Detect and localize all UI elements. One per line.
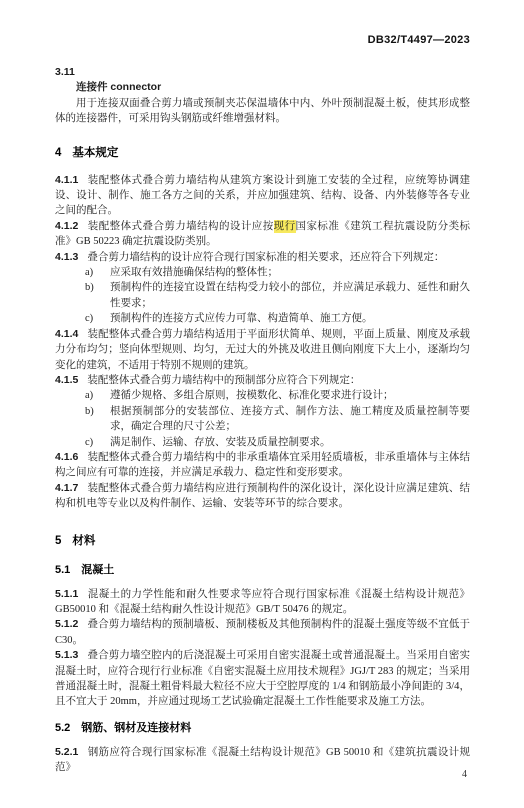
clause-text: 装配整体式叠合剪力墙结构适用于平面形状简单、规则，平面上质量、刚度及承载力分布均… — [55, 329, 470, 371]
term-definition-block: 3.11 连接件 connector 用于连接双面叠合剪力墙或预制夹芯保温墙体中… — [55, 65, 470, 127]
section-5-1-title: 混凝土 — [81, 564, 114, 576]
clause-text: 叠合剪力墙结构的设计应符合现行国家标准的相关要求，还应符合下列规定： — [87, 252, 444, 263]
section-5-2-title: 钢筋、钢材及连接材料 — [81, 722, 191, 734]
item-label: a) — [85, 265, 93, 280]
chapter-4-title: 基本规定 — [72, 147, 118, 159]
clause-number: 5.2.1 — [55, 746, 78, 758]
item-label: c) — [85, 435, 93, 450]
clause-5-1-2: 5.1.2叠合剪力墙结构的预制墙板、预制楼板及其他预制构件的混凝土强度等级不宜低… — [55, 617, 470, 648]
clause-number: 5.1.2 — [55, 618, 78, 630]
item-text: 根据预制部分的安装部位、连接方式、制作方法、施工精度及质量控制等要求，确定合理的… — [110, 406, 470, 432]
item-text: 预制构件的连接方式应传力可靠、构造简单、施工方便。 — [110, 313, 373, 324]
clause-text: 钢筋应符合现行国家标准《混凝土结构设计规范》GB 50010 和《建筑抗震设计规… — [55, 747, 470, 773]
chapter-5-title: 材料 — [72, 535, 95, 547]
term-definition: 用于连接双面叠合剪力墙或预制夹芯保温墙体中内、外叶预制混凝土板，使其形成整体的连… — [55, 96, 470, 127]
clause-4-1-5: 4.1.5装配整体式叠合剪力墙结构中的预制部分应符合下列规定： — [55, 373, 470, 388]
highlight-text: 现行 — [274, 220, 296, 233]
section-5-2-number: 5.2 — [55, 722, 70, 734]
document-page: DB32/T4497—2023 3.11 连接件 connector 用于连接双… — [0, 0, 524, 808]
clause-number: 4.1.3 — [55, 251, 78, 263]
clause-4-1-1: 4.1.1装配整体式叠合剪力墙结构从建筑方案设计到施工安装的全过程，应统筹协调建… — [55, 173, 470, 219]
term-name: 连接件 connector — [55, 80, 470, 95]
chapter-4-number: 4 — [55, 147, 61, 159]
clause-number: 4.1.7 — [55, 482, 78, 494]
clause-text: 装配整体式叠合剪力墙结构中的非承重墙体宜采用轻质墙板，非承重墙体与主体结构之间应… — [55, 452, 470, 478]
clause-5-1-1: 5.1.1混凝土的力学性能和耐久性要求等应符合现行国家标准《混凝土结构设计规范》… — [55, 587, 470, 618]
clause-text: 叠合剪力墙结构的预制墙板、预制楼板及其他预制构件的混凝土强度等级不宜低于C30。 — [55, 619, 470, 645]
clause-number: 4.1.4 — [55, 328, 78, 340]
page-number: 4 — [462, 769, 467, 780]
clause-4-1-3-item-a: a)应采取有效措施确保结构的整体性； — [55, 265, 470, 280]
clause-number: 5.1.1 — [55, 588, 78, 600]
item-label: b) — [85, 280, 94, 295]
item-text: 应采取有效措施确保结构的整体性； — [110, 267, 278, 278]
chapter-5-number: 5 — [55, 535, 61, 547]
term-number: 3.11 — [55, 65, 470, 80]
clause-4-1-4: 4.1.4装配整体式叠合剪力墙结构适用于平面形状简单、规则，平面上质量、刚度及承… — [55, 327, 470, 373]
item-text: 满足制作、运输、存放、安装及质量控制要求。 — [110, 437, 331, 448]
clause-text: 装配整体式叠合剪力墙结构的设计应按 — [87, 221, 273, 232]
item-label: a) — [85, 388, 93, 403]
clause-5-2-1: 5.2.1钢筋应符合现行国家标准《混凝土结构设计规范》GB 50010 和《建筑… — [55, 745, 470, 776]
item-label: c) — [85, 311, 93, 326]
item-label: b) — [85, 404, 94, 419]
clause-text: 装配整体式叠合剪力墙结构从建筑方案设计到施工安装的全过程，应统筹协调建设、设计、… — [55, 175, 470, 217]
clause-text: 混凝土的力学性能和耐久性要求等应符合现行国家标准《混凝土结构设计规范》GB500… — [55, 589, 470, 615]
clause-4-1-6: 4.1.6装配整体式叠合剪力墙结构中的非承重墙体宜采用轻质墙板，非承重墙体与主体… — [55, 450, 470, 481]
clause-4-1-3-item-c: c)预制构件的连接方式应传力可靠、构造简单、施工方便。 — [55, 311, 470, 326]
clause-text: 叠合剪力墙空腔内的后浇混凝土可采用自密实混凝土或普通混凝土。当采用自密实混凝土时… — [55, 650, 470, 707]
section-5-1-heading: 5.1混凝土 — [55, 562, 470, 578]
clause-4-1-5-item-c: c)满足制作、运输、存放、安装及质量控制要求。 — [55, 435, 470, 450]
section-5-1-number: 5.1 — [55, 564, 70, 576]
section-5-2-heading: 5.2钢筋、钢材及连接材料 — [55, 720, 470, 736]
item-text: 遵循少规格、多组合原则，按模数化、标准化要求进行设计； — [110, 390, 394, 401]
clause-number: 4.1.6 — [55, 451, 78, 463]
clause-text: 装配整体式叠合剪力墙结构应进行预制构件的深化设计，深化设计应满足建筑、结构和机电… — [55, 483, 470, 509]
clause-4-1-5-item-a: a)遵循少规格、多组合原则，按模数化、标准化要求进行设计； — [55, 388, 470, 403]
item-text: 预制构件的连接宜设置在结构受力较小的部位，并应满足承载力、延性和耐久性要求； — [110, 282, 470, 308]
clause-number: 4.1.1 — [55, 174, 78, 186]
clause-text: 装配整体式叠合剪力墙结构中的预制部分应符合下列规定： — [87, 375, 360, 386]
clause-5-1-3: 5.1.3叠合剪力墙空腔内的后浇混凝土可采用自密实混凝土或普通混凝土。当采用自密… — [55, 648, 470, 710]
chapter-5-heading: 5材料 — [55, 533, 470, 549]
clause-number: 5.1.3 — [55, 649, 78, 661]
clause-4-1-5-item-b: b)根据预制部分的安装部位、连接方式、制作方法、施工精度及质量控制等要求，确定合… — [55, 404, 470, 435]
clause-4-1-3: 4.1.3叠合剪力墙结构的设计应符合现行国家标准的相关要求，还应符合下列规定： — [55, 250, 470, 265]
clause-4-1-2: 4.1.2装配整体式叠合剪力墙结构的设计应按现行国家标准《建筑工程抗震设防分类标… — [55, 219, 470, 250]
clause-number: 4.1.2 — [55, 220, 78, 232]
chapter-4-heading: 4基本规定 — [55, 145, 470, 161]
clause-number: 4.1.5 — [55, 374, 78, 386]
clause-4-1-7: 4.1.7装配整体式叠合剪力墙结构应进行预制构件的深化设计，深化设计应满足建筑、… — [55, 481, 470, 512]
standard-code: DB32/T4497—2023 — [55, 33, 470, 47]
clause-4-1-3-item-b: b)预制构件的连接宜设置在结构受力较小的部位，并应满足承载力、延性和耐久性要求； — [55, 280, 470, 311]
